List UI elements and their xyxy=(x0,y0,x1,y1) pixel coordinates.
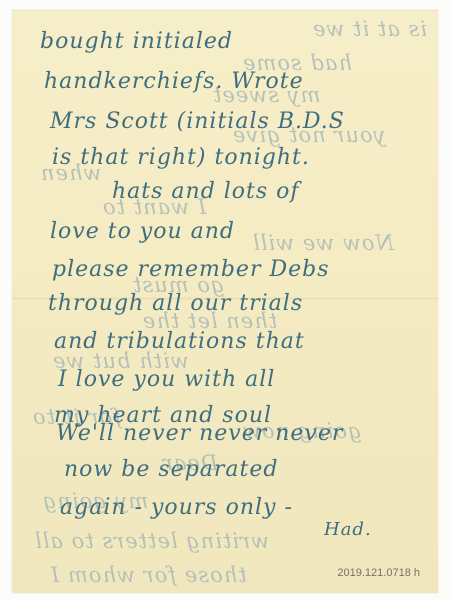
letter-line: through all our trials xyxy=(48,291,303,316)
letter-line: bought initialed xyxy=(40,29,233,54)
bleed-through-line: writing letters to all xyxy=(34,529,269,553)
bleed-through-line: Now we will xyxy=(252,231,394,255)
letter-line: please remember Debs xyxy=(52,257,329,282)
letter-line: and tribulations that xyxy=(54,329,305,354)
letter-line: Mrs Scott (initials B.D.S xyxy=(50,109,345,134)
letter-page: is at it we had some my sweet your not g… xyxy=(12,10,438,593)
letter-line: We'll never never never xyxy=(56,421,343,446)
letter-line: I love you with all xyxy=(58,367,275,392)
letter-line: again - yours only - xyxy=(60,495,293,520)
letter-line: love to you and xyxy=(50,219,235,244)
bleed-through-line: those for whom I xyxy=(50,563,247,587)
letter-line: is that right) tonight. xyxy=(52,145,310,170)
bleed-through-line: is at it we xyxy=(312,17,427,41)
letter-line: handkerchiefs. Wrote xyxy=(44,69,304,94)
letter-line: now be separated xyxy=(64,457,278,482)
catalog-number: 2019.121.0718 h xyxy=(337,567,420,579)
letter-line: hats and lots of xyxy=(112,179,300,204)
letter-signature: Had. xyxy=(324,519,372,540)
